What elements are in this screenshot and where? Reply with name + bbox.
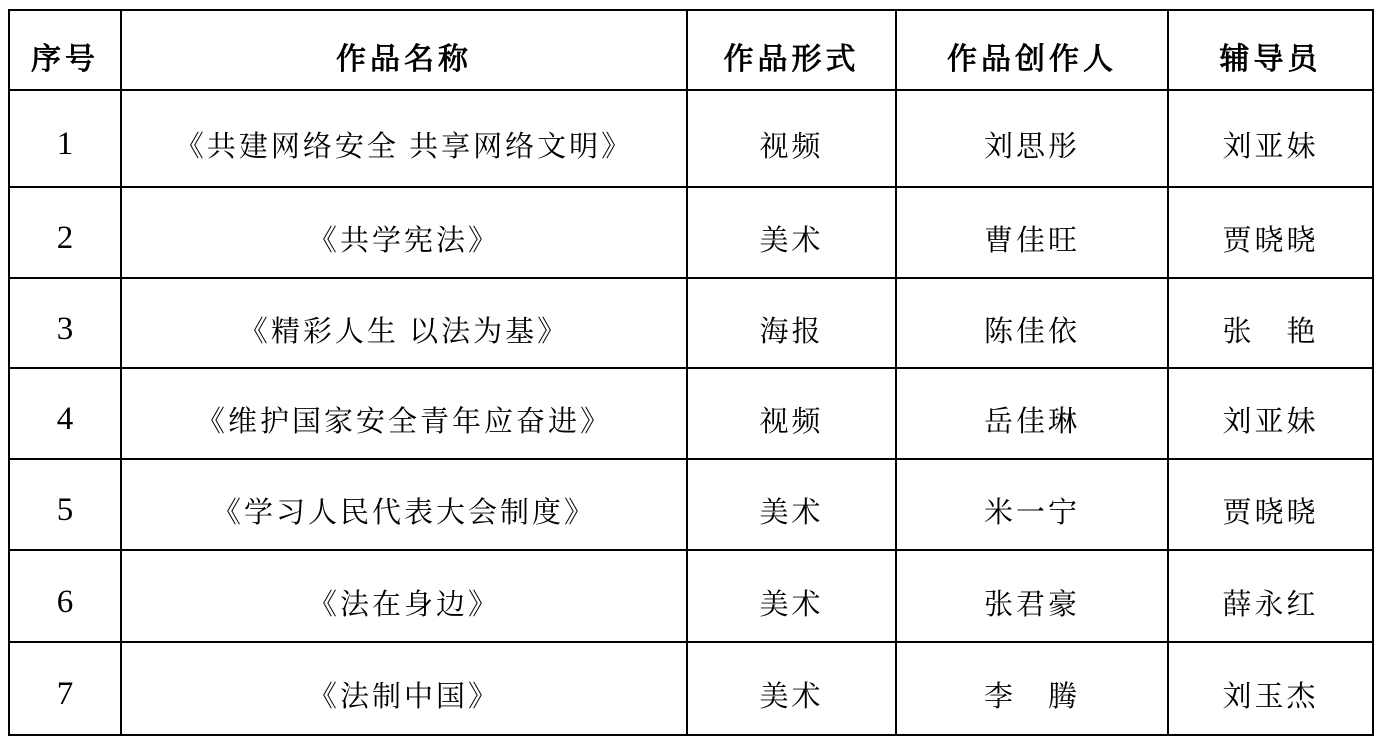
cell-creator: 李 腾 — [896, 642, 1168, 735]
cell-form: 美术 — [687, 459, 896, 550]
cell-advisor: 刘亚妹 — [1168, 368, 1373, 459]
cell-index: 3 — [9, 278, 121, 368]
header-cell-title: 作品名称 — [121, 10, 687, 90]
table-row: 6 《法在身边》 美术 张君豪 薛永红 — [9, 550, 1373, 642]
cell-form: 美术 — [687, 187, 896, 278]
cell-creator: 陈佳依 — [896, 278, 1168, 368]
cell-index: 6 — [9, 550, 121, 642]
cell-title: 《精彩人生 以法为基》 — [121, 278, 687, 368]
header-cell-advisor: 辅导员 — [1168, 10, 1373, 90]
table-row: 4 《维护国家安全青年应奋进》 视频 岳佳琳 刘亚妹 — [9, 368, 1373, 459]
cell-index: 7 — [9, 642, 121, 735]
cell-form: 视频 — [687, 90, 896, 187]
cell-title: 《维护国家安全青年应奋进》 — [121, 368, 687, 459]
cell-title: 《共学宪法》 — [121, 187, 687, 278]
table-row: 1 《共建网络安全 共享网络文明》 视频 刘思彤 刘亚妹 — [9, 90, 1373, 187]
cell-advisor: 张 艳 — [1168, 278, 1373, 368]
works-table: 序号 作品名称 作品形式 作品创作人 辅导员 1 《共建网络安全 共享网络文明》… — [8, 9, 1374, 736]
cell-advisor: 薛永红 — [1168, 550, 1373, 642]
cell-form: 海报 — [687, 278, 896, 368]
table-row: 7 《法制中国》 美术 李 腾 刘玉杰 — [9, 642, 1373, 735]
cell-title: 《学习人民代表大会制度》 — [121, 459, 687, 550]
cell-index: 5 — [9, 459, 121, 550]
cell-creator: 曹佳旺 — [896, 187, 1168, 278]
cell-index: 2 — [9, 187, 121, 278]
cell-index: 1 — [9, 90, 121, 187]
cell-advisor: 贾晓晓 — [1168, 459, 1373, 550]
header-cell-index: 序号 — [9, 10, 121, 90]
document-page: 序号 作品名称 作品形式 作品创作人 辅导员 1 《共建网络安全 共享网络文明》… — [0, 0, 1377, 736]
table-header-row: 序号 作品名称 作品形式 作品创作人 辅导员 — [9, 10, 1373, 90]
cell-title: 《法在身边》 — [121, 550, 687, 642]
cell-advisor: 刘玉杰 — [1168, 642, 1373, 735]
header-cell-form: 作品形式 — [687, 10, 896, 90]
cell-title: 《法制中国》 — [121, 642, 687, 735]
cell-index: 4 — [9, 368, 121, 459]
cell-creator: 张君豪 — [896, 550, 1168, 642]
cell-advisor: 刘亚妹 — [1168, 90, 1373, 187]
cell-title: 《共建网络安全 共享网络文明》 — [121, 90, 687, 187]
cell-advisor: 贾晓晓 — [1168, 187, 1373, 278]
table-row: 2 《共学宪法》 美术 曹佳旺 贾晓晓 — [9, 187, 1373, 278]
table-row: 5 《学习人民代表大会制度》 美术 米一宁 贾晓晓 — [9, 459, 1373, 550]
header-cell-creator: 作品创作人 — [896, 10, 1168, 90]
cell-form: 视频 — [687, 368, 896, 459]
cell-form: 美术 — [687, 550, 896, 642]
cell-form: 美术 — [687, 642, 896, 735]
cell-creator: 米一宁 — [896, 459, 1168, 550]
cell-creator: 刘思彤 — [896, 90, 1168, 187]
cell-creator: 岳佳琳 — [896, 368, 1168, 459]
table-row: 3 《精彩人生 以法为基》 海报 陈佳依 张 艳 — [9, 278, 1373, 368]
